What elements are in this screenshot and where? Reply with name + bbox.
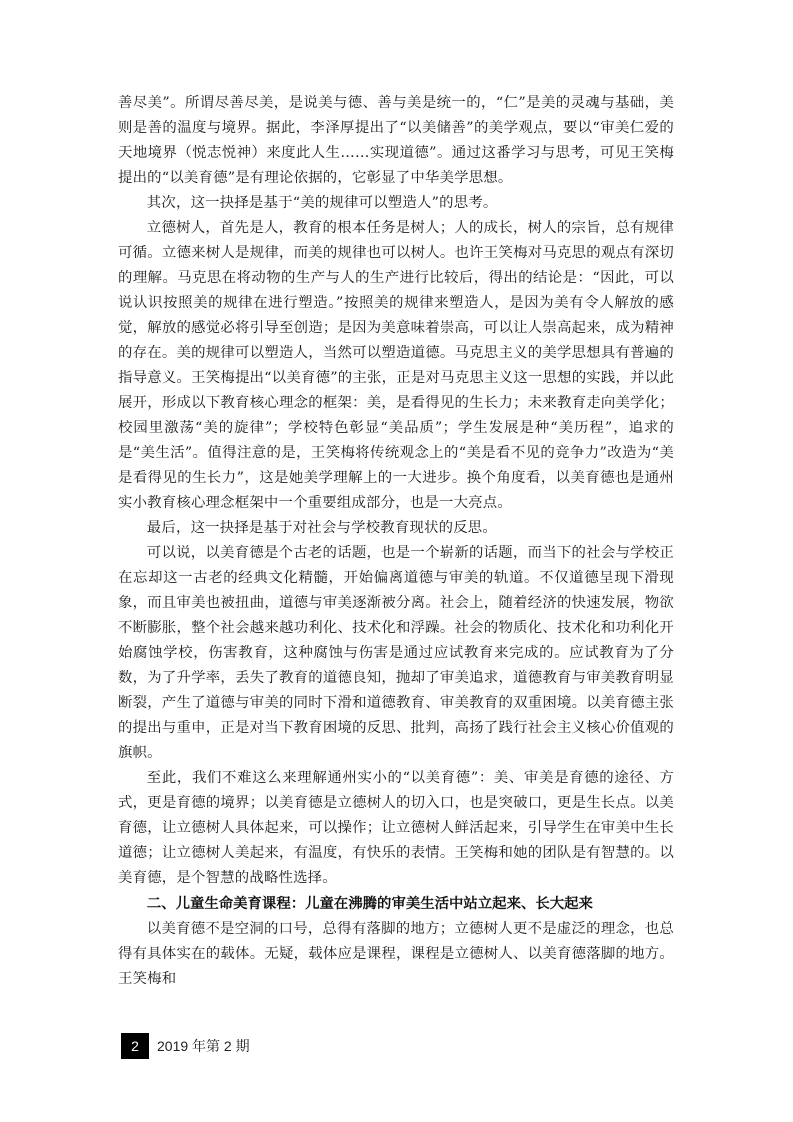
- issue-label: 2019 年第 2 期: [157, 1036, 250, 1056]
- page-number-badge: 2: [121, 1033, 149, 1059]
- paragraph-2: 其次，这一抉择是基于“美的规律可以塑造人”的思考。: [118, 191, 674, 216]
- page-body: 善尽美”。所谓尽善尽美，是说美与德、善与美是统一的，“仁”是美的灵魂与基础，美则…: [118, 91, 674, 992]
- paragraph-7: 以美育德不是空洞的口号，总得有落脚的地方；立德树人更不是虚泛的理念，也总得有具体…: [118, 917, 674, 992]
- paragraph-1: 善尽美”。所谓尽善尽美，是说美与德、善与美是统一的，“仁”是美的灵魂与基础，美则…: [118, 91, 674, 191]
- paragraph-4: 最后，这一抉择是基于对社会与学校教育现状的反思。: [118, 516, 674, 541]
- paragraph-6: 至此，我们不难这么来理解通州实小的“以美育德”：美、审美是育德的途径、方式，更是…: [118, 766, 674, 891]
- page-footer: 2 2019 年第 2 期: [121, 1033, 250, 1059]
- section-heading: 二、儿童生命美育课程：儿童在沸腾的审美生活中站立起来、长大起来: [118, 891, 674, 917]
- paragraph-3: 立德树人，首先是人，教育的根本任务是树人；人的成长，树人的宗旨，总有规律可循。立…: [118, 216, 674, 516]
- paragraph-5: 可以说，以美育德是个古老的话题，也是一个崭新的话题，而当下的社会与学校正在忘却这…: [118, 541, 674, 766]
